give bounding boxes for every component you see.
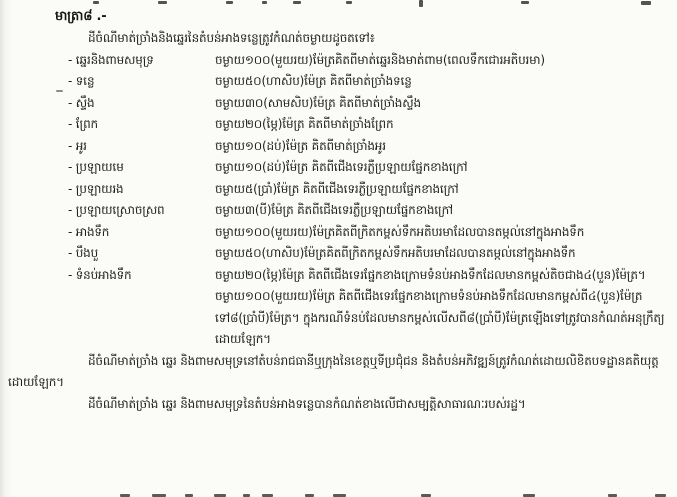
rule-term: - ឆ្នេរនិងពាមសមុទ្រ bbox=[68, 50, 215, 72]
rule-distance: ចម្ងាយ២០(ម្ភៃ)ម៉ែត្រ គិតពីមាត់ច្រាំងព្រែ… bbox=[215, 114, 670, 136]
article-heading: មាត្រា៨ .- bbox=[55, 6, 670, 28]
rule-distance: ចម្ងាយ១០០(មួយរយ)ម៉ែត្រគិតពីមាត់ឆ្នេរនិងម… bbox=[215, 50, 670, 72]
list-item-reservoir: - អាងទឹក ចម្ងាយ១០០(មួយរយ)ម៉ែត្រគិតពីក្រិ… bbox=[68, 222, 670, 244]
rule-term: - ស្ទឹង bbox=[68, 93, 215, 115]
rule-distance: ចម្ងាយ៣០(សាមសិប)ម៉ែត្រ គិតពីមាត់ច្រាំងស្… bbox=[215, 93, 670, 115]
rule-distance: ចម្ងាយ៥០(ហាសិប)ម៉ែត្រគិតពីក្រិតកម្ពស់ទឹក… bbox=[215, 243, 670, 265]
rule-distance: ចម្ងាយ១០(ដប់)ម៉ែត្រ គិតពីមាត់ច្រាំងអូរ bbox=[215, 136, 670, 158]
list-item-lake-pond: - បឹងបួ ចម្ងាយ៥០(ហាសិប)ម៉ែត្រគិតពីក្រិតក… bbox=[68, 243, 670, 265]
list-item-reservoir-dam: - ទំនប់អាងទឹក ចម្ងាយ២០(ម្ភៃ)ម៉ែត្រ គិតពី… bbox=[68, 265, 670, 351]
rule-distance: ចម្ងាយ៣(បី)ម៉ែត្រ គិតពីជើងទេរភ្លឺប្រឡាយផ… bbox=[215, 200, 670, 222]
list-item-irrigation-canal: - ប្រឡាយស្រោចស្រព ចម្ងាយ៣(បី)ម៉ែត្រ គិតព… bbox=[68, 200, 670, 222]
rule-term: - បឹងបួ bbox=[68, 243, 215, 265]
rule-distance: ចម្ងាយ១០(ដប់)ម៉ែត្រ គិតពីជើងទេរភ្លឺប្រឡា… bbox=[215, 157, 670, 179]
rule-term: - ទំនប់អាងទឹក bbox=[68, 265, 215, 287]
rule-distance: ចម្ងាយ១០០(មួយរយ)ម៉ែត្រគិតពីក្រិតកម្ពស់ទឹ… bbox=[215, 222, 670, 244]
rule-term: - ព្រែក bbox=[68, 114, 215, 136]
rule-distance: ចម្ងាយ៥០(ហាសិប)ម៉ែត្រ គិតពីមាត់ច្រាំងទន្… bbox=[215, 71, 670, 93]
rule-term: - ប្រឡាយមេ bbox=[68, 157, 215, 179]
rule-term: - ទន្លេ bbox=[68, 71, 215, 93]
article-body: មាត្រា៨ .- ដីចំណីមាត់ច្រាំងនិងឆ្នេរនៃតំប… bbox=[8, 6, 670, 415]
list-item-river: - ទន្លេ ចម្ងាយ៥០(ហាសិប)ម៉ែត្រ គិតពីមាត់ច… bbox=[68, 71, 670, 93]
intro-paragraph: ដីចំណីមាត់ច្រាំងនិងឆ្នេរនៃតំបន់អាងទន្លេត… bbox=[88, 28, 670, 50]
paragraph-urban-zones: ដីចំណីមាត់ច្រាំង ឆ្នេរ និងពាមសមុទ្រនៅតំប… bbox=[8, 351, 670, 394]
rule-distance: ចម្ងាយ២០(ម្ភៃ)ម៉ែត្រ គិតពីជើងទេរផ្នែកខាង… bbox=[215, 265, 670, 351]
list-item-main-canal: - ប្រឡាយមេ ចម្ងាយ១០(ដប់)ម៉ែត្រ គិតពីជើងទ… bbox=[68, 157, 670, 179]
list-item-brook: - អូរ ចម្ងាយ១០(ដប់)ម៉ែត្រ គិតពីមាត់ច្រាំ… bbox=[68, 136, 670, 158]
scanned-document-page: មាត្រា៨ .- ដីចំណីមាត់ច្រាំងនិងឆ្នេរនៃតំប… bbox=[0, 0, 677, 497]
paragraph-state-property: ដីចំណីមាត់ច្រាំង ឆ្នេរ និងពាមសមុទ្រនៃតំប… bbox=[8, 394, 670, 416]
setback-distance-list: - ឆ្នេរនិងពាមសមុទ្រ ចម្ងាយ១០០(មួយរយ)ម៉ែត… bbox=[68, 50, 670, 351]
list-item-secondary-canal: - ប្រឡាយរង ចម្ងាយ៥(ប្រាំ)ម៉ែត្រ គិតពីជើង… bbox=[68, 179, 670, 201]
rule-term: - ប្រឡាយរង bbox=[68, 179, 215, 201]
rule-term: - ប្រឡាយស្រោចស្រព bbox=[68, 200, 215, 222]
list-item-stream: - ស្ទឹង ចម្ងាយ៣០(សាមសិប)ម៉ែត្រ គិតពីមាត់… bbox=[68, 93, 670, 115]
list-item-coast-estuary: - ឆ្នេរនិងពាមសមុទ្រ ចម្ងាយ១០០(មួយរយ)ម៉ែត… bbox=[68, 50, 670, 72]
rule-term: - អូរ bbox=[68, 136, 215, 158]
list-item-creek: - ព្រែក ចម្ងាយ២០(ម្ភៃ)ម៉ែត្រ គិតពីមាត់ច្… bbox=[68, 114, 670, 136]
rule-term: - អាងទឹក bbox=[68, 222, 215, 244]
rule-distance: ចម្ងាយ៥(ប្រាំ)ម៉ែត្រ គិតពីជើងទេរភ្លឺប្រឡ… bbox=[215, 179, 670, 201]
